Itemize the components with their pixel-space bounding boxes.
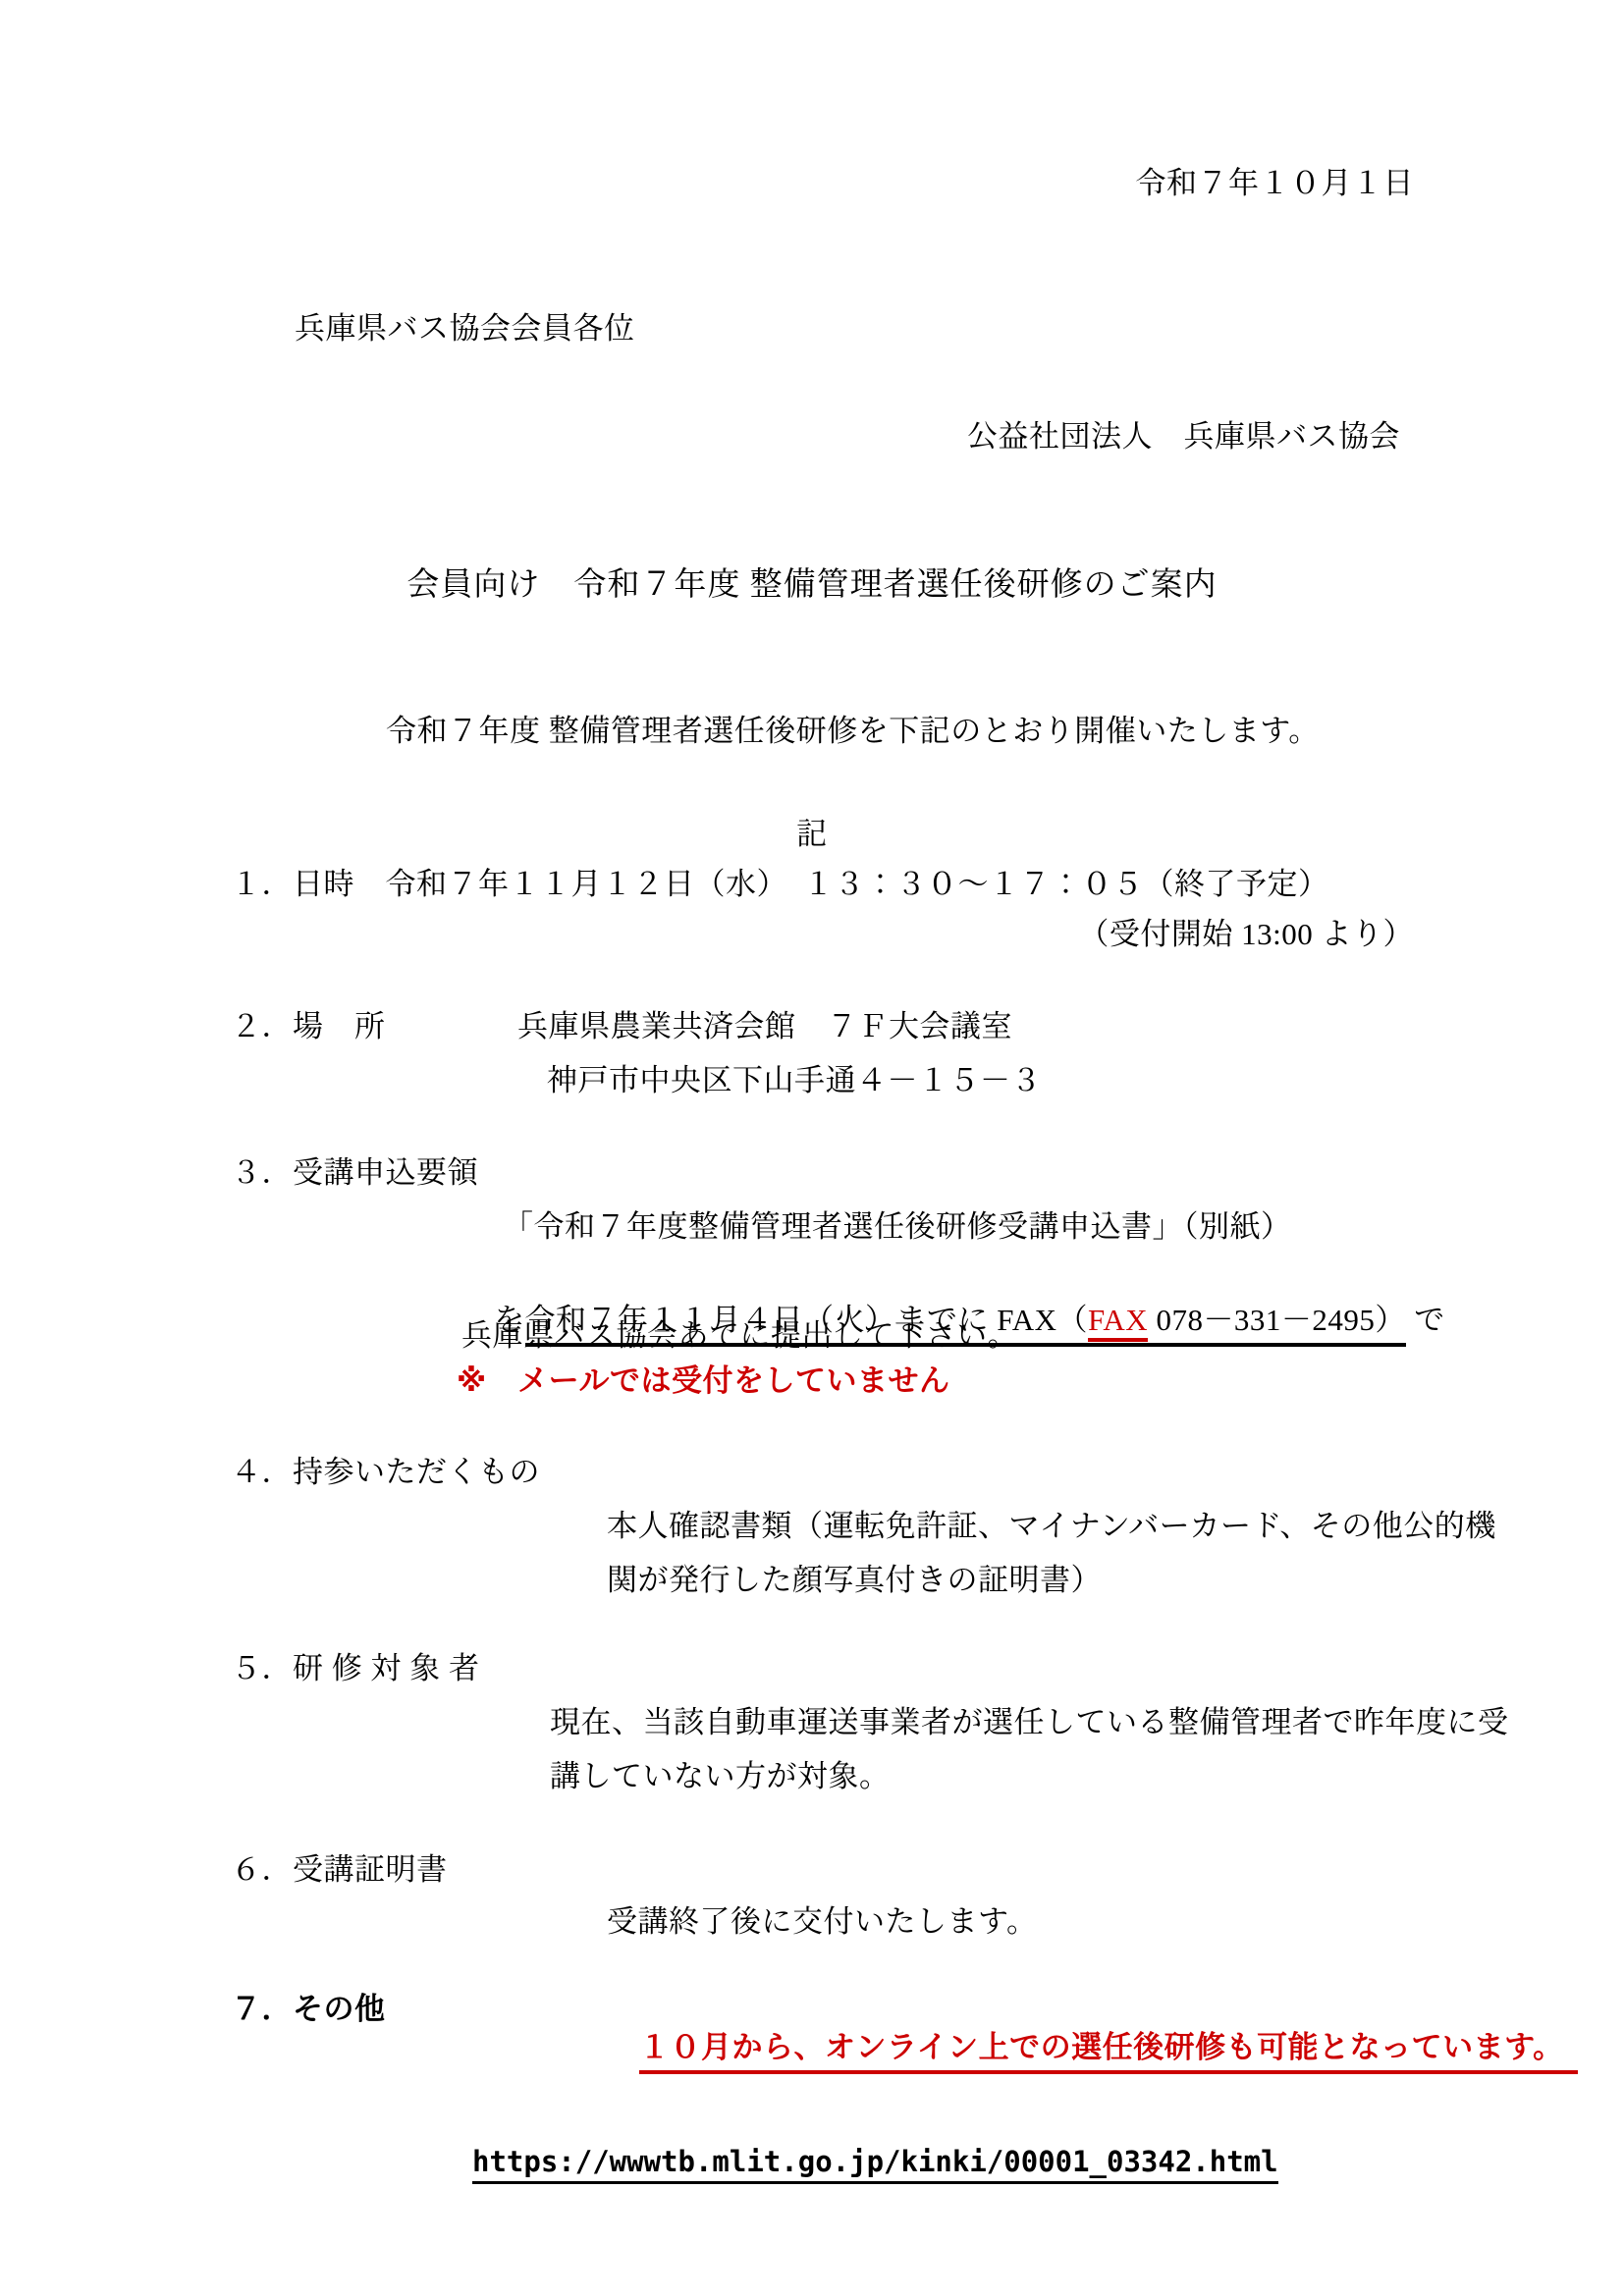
item-2-venue-address: 神戸市中央区下山手通４－１５－３ bbox=[547, 1062, 1042, 1100]
item-3-submit-line: 兵庫県バス協会あてに提出して下さい。 bbox=[461, 1317, 1018, 1356]
doc-title: 会員向け 令和７年度 整備管理者選任後研修のご案内 bbox=[0, 565, 1624, 606]
item-4-label: ４．持参いただくもの bbox=[231, 1454, 540, 1492]
item-4-line2: 関が発行した顔写真付きの証明書） bbox=[607, 1562, 1102, 1600]
sender-line: 公益社団法人 兵庫県バス協会 bbox=[967, 418, 1400, 456]
item-5-label: ５．研 修 対 象 者 bbox=[231, 1650, 480, 1688]
item-1-reception-note: （受付開始 13:00 より） bbox=[1078, 916, 1414, 954]
date-line: 令和７年１０月１日 bbox=[1136, 165, 1415, 203]
item-7-highlight: １０月から、オンライン上での選任後研修も可能となっています。 bbox=[639, 2030, 1578, 2074]
item-3-form-line: 「令和７年度整備管理者選任後研修受講申込書」（別紙） bbox=[503, 1208, 1292, 1247]
item-4-line1: 本人確認書類（運転免許証、マイナンバーカード、その他公的機 bbox=[607, 1508, 1496, 1546]
item-2-label: ２．場 所 bbox=[231, 1008, 386, 1046]
deadline-suffix: で bbox=[1406, 1303, 1445, 1337]
item-1-heading: １．日時 令和７年１１月１２日（水） １３：３０～１７：０５（終了予定） bbox=[231, 866, 1329, 904]
fax-label-red: FAX bbox=[1088, 1303, 1148, 1342]
item-2-venue-name: 兵庫県農業共済会館 ７Ｆ大会議室 bbox=[517, 1008, 1012, 1046]
record-mark: 記 bbox=[0, 816, 1624, 854]
item-5-line2: 講していない方が対象。 bbox=[550, 1758, 891, 1796]
item-3-label: ３．受講申込要領 bbox=[231, 1154, 478, 1193]
item-5-line1: 現在、当該自動車運送事業者が選任している整備管理者で昨年度に受 bbox=[550, 1704, 1509, 1742]
item-3-mail-warning: ※ メールでは受付をしていません bbox=[457, 1362, 950, 1401]
url-link[interactable]: https://wwwtb.mlit.go.jp/kinki/00001_033… bbox=[472, 2145, 1278, 2184]
intro-line: 令和７年度 整備管理者選任後研修を下記のとおり開催いたします。 bbox=[386, 713, 1320, 751]
item-7-label: ７．その他 bbox=[231, 1991, 386, 2029]
document-page: 令和７年１０月１日 兵庫県バス協会会員各位 公益社団法人 兵庫県バス協会 会員向… bbox=[0, 0, 1624, 2296]
item-6-label: ６．受講証明書 bbox=[231, 1851, 448, 1890]
item-7-highlight-line: １０月から、オンライン上での選任後研修も可能となっています。 bbox=[607, 1991, 1578, 2105]
fax-number: 078－331－2495） bbox=[1148, 1303, 1406, 1337]
addressee-line: 兵庫県バス協会会員各位 bbox=[295, 310, 635, 348]
url-line: https://wwwtb.mlit.go.jp/kinki/00001_033… bbox=[440, 2105, 1278, 2218]
item-6-line1: 受講終了後に交付いたします。 bbox=[607, 1903, 1038, 1942]
